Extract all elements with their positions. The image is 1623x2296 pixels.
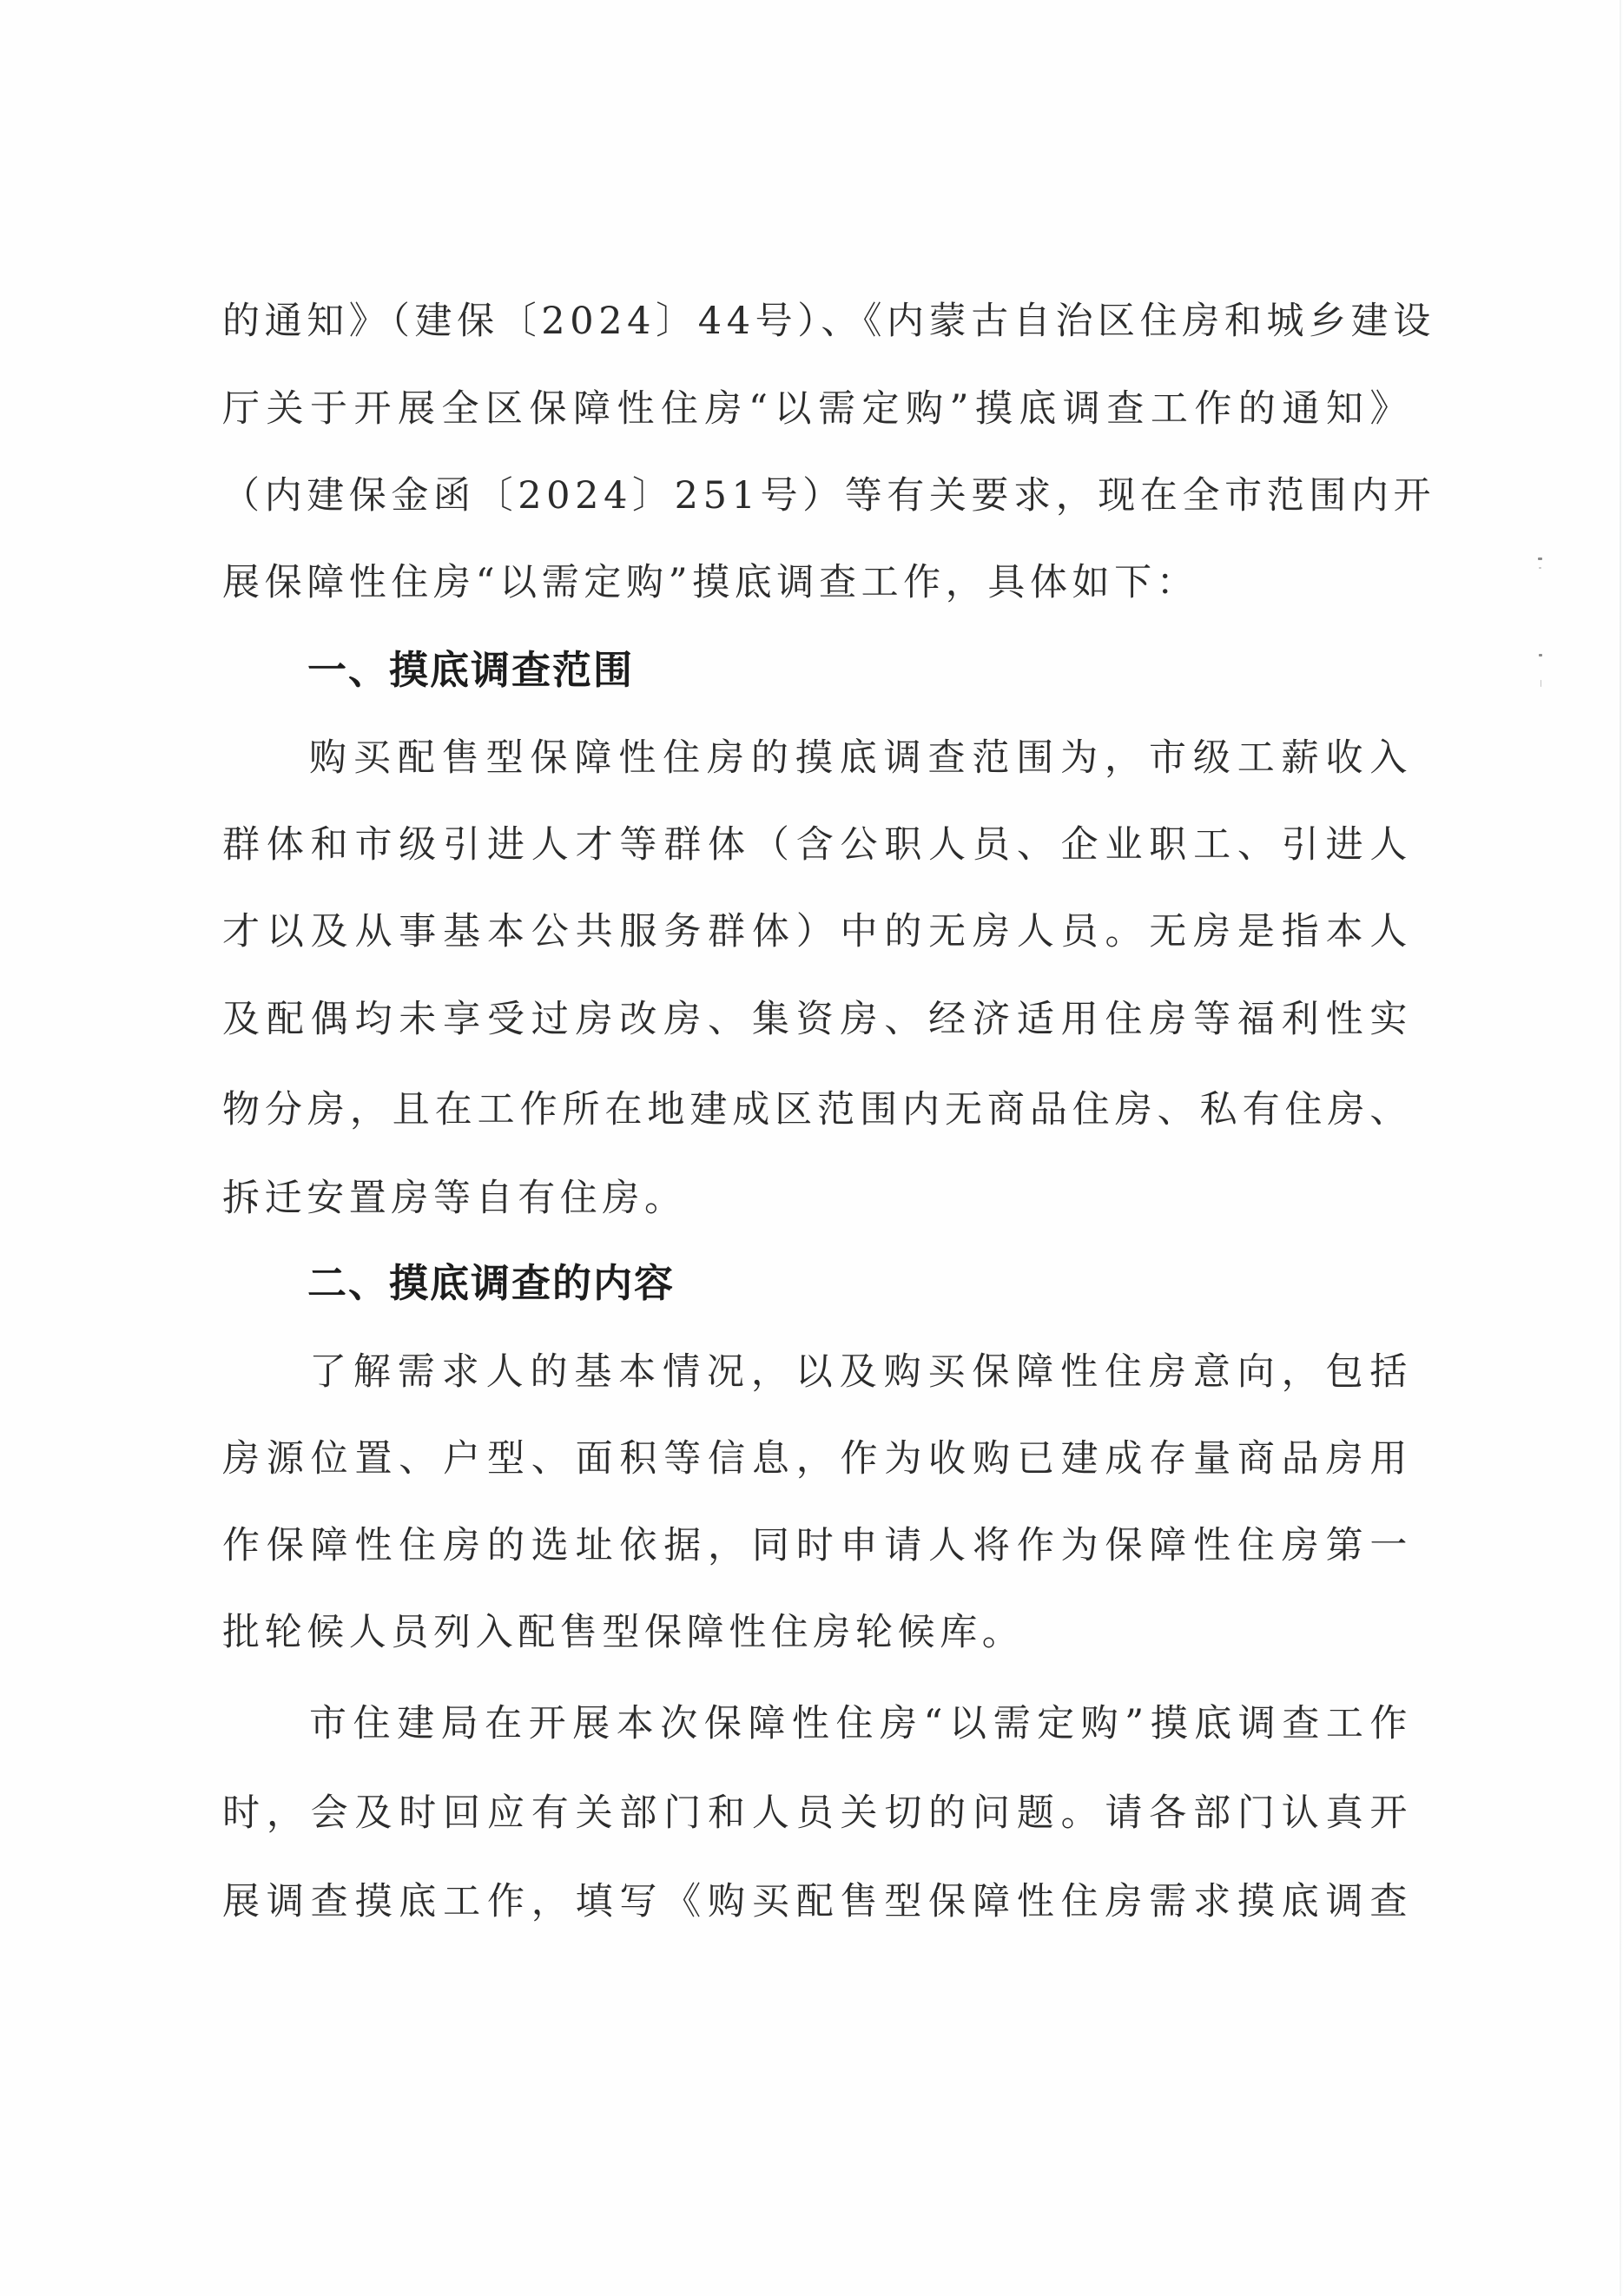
- body-line: 的通知》（建保〔2024〕44号）、《内蒙古自治区住房和城乡建设: [222, 278, 1412, 365]
- scan-edge: [1620, 0, 1621, 2296]
- body-line: 及配偶均未享受过房改房、集资房、经济适用住房等福利性实: [222, 976, 1412, 1063]
- body-line: 购买配售型保障性住房的摸底调查范围为，市级工薪收入: [309, 715, 1412, 802]
- body-line: 批轮候人员列入配售型保障性住房轮候库。: [222, 1589, 1412, 1676]
- body-line: 房源位置、户型、面积等信息，作为收购已建成存量商品房用: [222, 1415, 1412, 1502]
- document-page: 的通知》（建保〔2024〕44号）、《内蒙古自治区住房和城乡建设 厅关于开展全区…: [0, 0, 1623, 2296]
- body-line: 作保障性住房的选址依据，同时申请人将作为保障性住房第一: [222, 1502, 1412, 1589]
- scan-speck: [1539, 654, 1542, 656]
- section-heading-scope: 一、摸底调查范围: [307, 627, 634, 714]
- body-line: 拆迁安置房等自有住房。: [222, 1155, 1412, 1242]
- body-line: 展保障性住房“以需定购”摸底调查工作，具体如下：: [222, 539, 1412, 626]
- section-heading-content: 二、摸底调查的内容: [307, 1240, 675, 1327]
- scan-speck: [1538, 558, 1542, 560]
- body-line: 市住建局在开展本次保障性住房“以需定购”摸底调查工作: [309, 1680, 1412, 1767]
- body-line: 展调查摸底工作，填写《购买配售型保障性住房需求摸底调查: [222, 1858, 1412, 1945]
- body-line: 时，会及时回应有关部门和人员关切的问题。请各部门认真开: [222, 1770, 1412, 1857]
- scan-speck: [1541, 680, 1541, 687]
- body-line: 厅关于开展全区保障性住房“以需定购”摸底调查工作的通知》: [222, 366, 1412, 452]
- scan-speck: [1539, 567, 1541, 569]
- body-line: 才以及从事基本公共服务群体）中的无房人员。无房是指本人: [222, 888, 1412, 975]
- body-line: 物分房，且在工作所在地建成区范围内无商品住房、私有住房、: [222, 1066, 1412, 1153]
- body-line: 群体和市级引进人才等群体（含公职人员、企业职工、引进人: [222, 802, 1412, 888]
- body-line: 了解需求人的基本情况，以及购买保障性住房意向，包括: [309, 1329, 1412, 1415]
- body-line: （内建保金函〔2024〕251号）等有关要求，现在全市范围内开: [222, 452, 1412, 539]
